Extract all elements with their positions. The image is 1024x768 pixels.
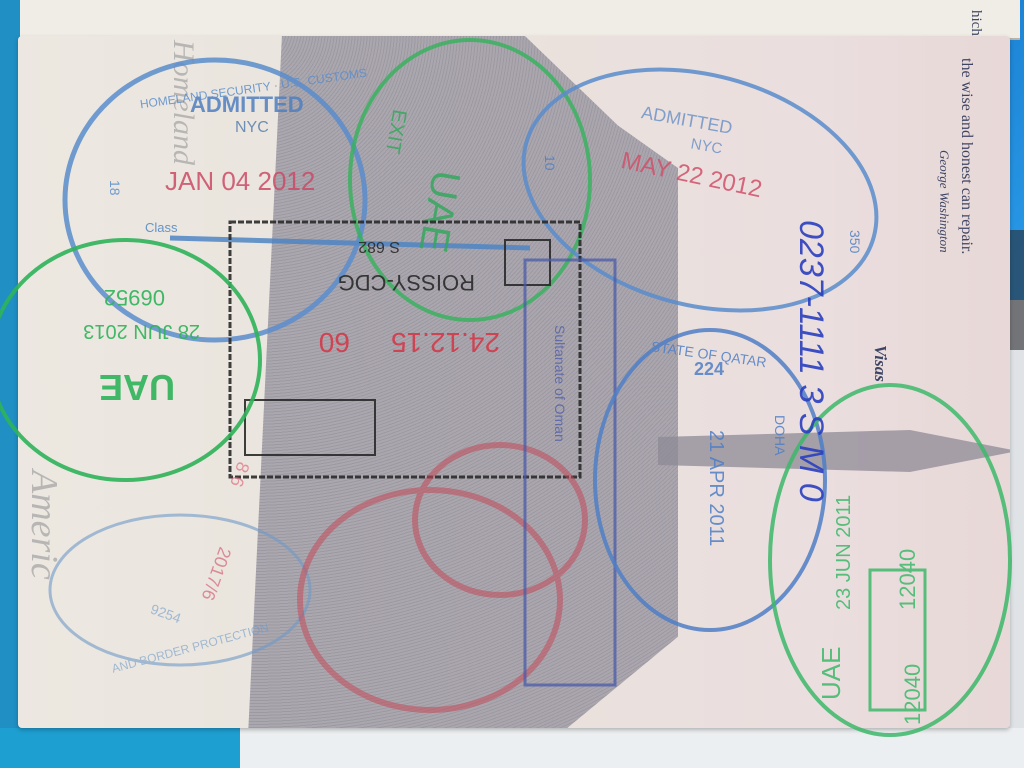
svg-text:12040: 12040 bbox=[895, 549, 920, 610]
svg-text:2017/6: 2017/6 bbox=[198, 545, 236, 604]
svg-text:18: 18 bbox=[107, 180, 123, 196]
svg-text:DOHA: DOHA bbox=[772, 415, 788, 456]
stamp-uae-exit-left: UAE 28 JUN 2013 06952 bbox=[0, 240, 260, 480]
svg-text:UAE: UAE bbox=[99, 367, 175, 408]
svg-text:JAN 04 2012: JAN 04 2012 bbox=[165, 166, 315, 196]
handwritten-note: 0237-1111 3 S M 0 bbox=[792, 220, 830, 502]
stamp-oman: Sultanate of Oman bbox=[525, 260, 615, 685]
svg-text:60: 60 bbox=[319, 327, 350, 358]
stamp-us-admitted-may: ADMITTED NYC MAY 22 2012 10 350 bbox=[496, 32, 903, 347]
stamp-red-faint bbox=[300, 445, 585, 710]
stamp-us-border-faint: 9254 AND BORDER PROTECTION 2017/6 8 6 bbox=[50, 459, 310, 675]
svg-text:ADMITTED: ADMITTED bbox=[640, 102, 734, 138]
svg-text:10: 10 bbox=[542, 155, 558, 171]
svg-text:Sultanate of Oman: Sultanate of Oman bbox=[552, 325, 568, 442]
svg-text:EXIT: EXIT bbox=[381, 108, 410, 156]
svg-text:350: 350 bbox=[847, 230, 863, 254]
svg-text:28 JUN 2013: 28 JUN 2013 bbox=[83, 320, 200, 342]
stamp-qatar: STATE OF QATAR 224 21 APR 2011 DOHA bbox=[595, 330, 825, 630]
svg-text:24.12.15: 24.12.15 bbox=[391, 327, 500, 358]
svg-text:23 JUN 2011: 23 JUN 2011 bbox=[833, 495, 855, 610]
svg-text:NYC: NYC bbox=[689, 135, 723, 157]
svg-text:NYC: NYC bbox=[235, 119, 269, 136]
svg-text:06952: 06952 bbox=[104, 285, 165, 310]
svg-text:AND BORDER PROTECTION: AND BORDER PROTECTION bbox=[110, 620, 270, 675]
svg-text:0237-1111 3 S M 0: 0237-1111 3 S M 0 bbox=[792, 220, 830, 502]
svg-text:S 682: S 682 bbox=[358, 238, 400, 255]
svg-text:Class: Class bbox=[145, 220, 178, 235]
svg-text:224: 224 bbox=[694, 359, 724, 379]
svg-text:21 APR 2011: 21 APR 2011 bbox=[705, 430, 727, 546]
svg-text:ROISSY-CDG: ROISSY-CDG bbox=[338, 270, 475, 295]
svg-text:UAE: UAE bbox=[816, 647, 846, 700]
svg-text:UAE: UAE bbox=[410, 167, 468, 256]
svg-text:12040: 12040 bbox=[900, 664, 925, 725]
svg-text:ADMITTED: ADMITTED bbox=[190, 92, 304, 117]
svg-text:9254: 9254 bbox=[148, 601, 183, 627]
svg-text:MAY 22 2012: MAY 22 2012 bbox=[619, 147, 765, 203]
stamps-layer: HOMELAND SECURITY · U.S. CUSTOMS ADMITTE… bbox=[0, 0, 1024, 768]
